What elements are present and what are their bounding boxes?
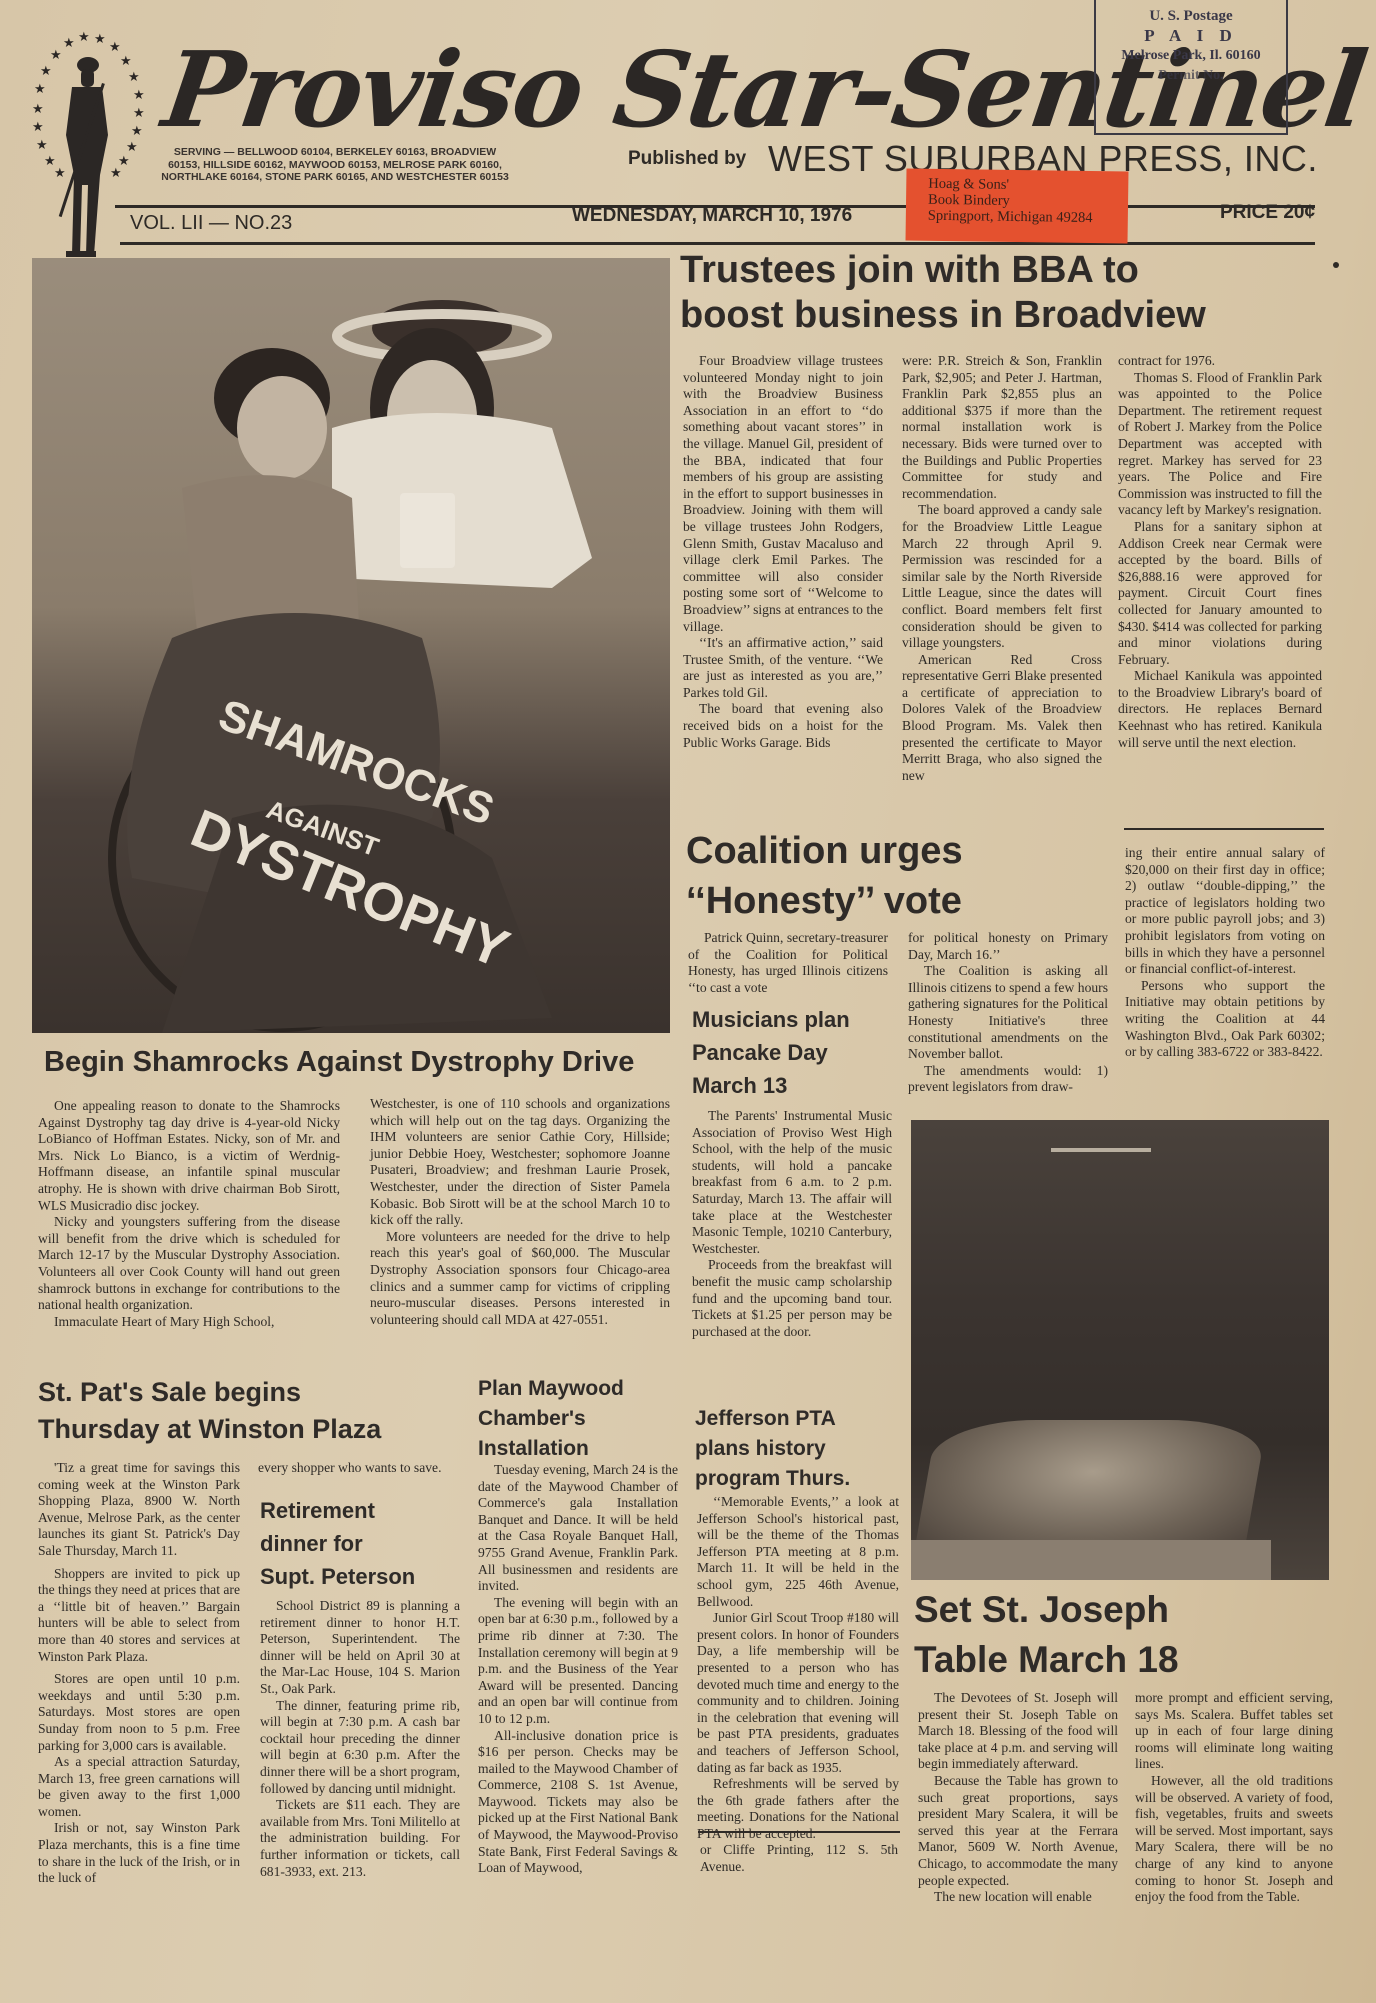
svg-text:★: ★ xyxy=(133,106,145,121)
trustees-col2: were: P.R. Streich & Son, Franklin Park,… xyxy=(902,353,1102,784)
coalition-col3: ing their entire annual salary of $20,00… xyxy=(1125,845,1325,1061)
st-pats-headline: St. Pat's Sale begins Thursday at Winsto… xyxy=(38,1374,381,1448)
paragraph: The dinner, featuring prime rib, will be… xyxy=(260,1698,460,1798)
issue-price: PRICE 20¢ xyxy=(1220,202,1315,224)
paragraph: The new location will enable xyxy=(918,1889,1118,1906)
issue-date: WEDNESDAY, MARCH 10, 1976 xyxy=(572,205,852,227)
paragraph: more prompt and efficient serving, says … xyxy=(1135,1690,1333,1773)
svg-text:★: ★ xyxy=(133,88,145,103)
postage-line: P A I D xyxy=(1096,26,1286,46)
st-pats-col2: every shopper who wants to save. xyxy=(258,1460,458,1477)
trustees-col3: contract for 1976. Thomas S. Flood of Fr… xyxy=(1118,353,1322,751)
svg-text:★: ★ xyxy=(54,166,66,181)
published-by-label: Published by xyxy=(628,148,746,170)
paragraph: Junior Girl Scout Troop #180 will presen… xyxy=(697,1610,899,1776)
postage-line: Melrose Park, Il. 60160 xyxy=(1096,46,1286,66)
paragraph: Shoppers are invited to pick up the thin… xyxy=(38,1566,240,1666)
food-table xyxy=(915,1420,1268,1550)
shamrocks-photo: SHAMROCKS AGAINST DYSTROPHY xyxy=(32,258,670,1033)
paragraph: Michael Kanikula was appointed to the Br… xyxy=(1118,668,1322,751)
paragraph: Because the Table has grown to such grea… xyxy=(918,1773,1118,1889)
coalition-headline: Coalition urges ‘‘Honesty’’ vote xyxy=(686,826,963,926)
paragraph: Tuesday evening, March 24 is the date of… xyxy=(478,1462,678,1595)
svg-text:★: ★ xyxy=(94,32,106,47)
shamrocks-col2: Westchester, is one of 110 schools and o… xyxy=(370,1096,670,1328)
headline-line: Chamber's xyxy=(478,1404,624,1434)
svg-text:★: ★ xyxy=(128,70,140,85)
serving-towns: SERVING — BELLWOOD 60104, BERKELEY 60163… xyxy=(160,146,510,184)
ceiling-light xyxy=(1051,1148,1151,1152)
musicians-headline: Musicians plan Pancake Day March 13 xyxy=(692,1003,850,1102)
headline-line: Musicians plan xyxy=(692,1003,850,1036)
svg-text:★: ★ xyxy=(63,36,75,51)
paragraph: contract for 1976. xyxy=(1118,353,1322,370)
headline-line: Supt. Peterson xyxy=(260,1560,415,1593)
paragraph: ing their entire annual salary of $20,00… xyxy=(1125,845,1325,978)
paragraph: However, all the old traditions will be … xyxy=(1135,1773,1333,1906)
headline-line: Coalition urges xyxy=(686,826,963,876)
paragraph: Four Broadview village trustees voluntee… xyxy=(683,353,883,635)
headline-line: Retirement xyxy=(260,1494,415,1527)
paragraph: Nicky and youngsters suffering from the … xyxy=(38,1214,340,1314)
section-divider xyxy=(698,1831,900,1833)
headline-line: Jefferson PTA xyxy=(695,1404,850,1434)
postage-line: U. S. Postage xyxy=(1096,6,1286,26)
svg-text:★: ★ xyxy=(120,54,132,69)
st-joseph-headline: Set St. Joseph Table March 18 xyxy=(914,1585,1179,1685)
paragraph: The amendments would: 1) prevent legisla… xyxy=(908,1063,1108,1096)
paragraph: More volunteers are needed for the drive… xyxy=(370,1229,670,1329)
svg-text:★: ★ xyxy=(40,64,52,79)
headline-line: Thursday at Winston Plaza xyxy=(38,1411,381,1448)
headline-line: program Thurs. xyxy=(695,1464,850,1494)
st-joseph-col2: more prompt and efficient serving, says … xyxy=(1135,1690,1333,1906)
paragraph: 'Tiz a great time for savings this comin… xyxy=(38,1460,240,1560)
shamrocks-col1: One appealing reason to donate to the Sh… xyxy=(38,1098,340,1330)
headline-line: Set St. Joseph xyxy=(914,1585,1179,1635)
svg-text:★: ★ xyxy=(109,40,121,55)
svg-text:★: ★ xyxy=(36,138,48,153)
maywood-headline: Plan Maywood Chamber's Installation xyxy=(478,1374,624,1464)
st-joseph-table-photo xyxy=(911,1120,1329,1580)
paragraph: Proceeds from the breakfast will benefit… xyxy=(692,1257,892,1340)
paragraph: Thomas S. Flood of Franklin Park was app… xyxy=(1118,370,1322,519)
maywood-continuation: or Cliffe Printing, 112 S. 5th Avenue. xyxy=(700,1842,898,1875)
headline-line: plans history xyxy=(695,1434,850,1464)
coalition-col1: Patrick Quinn, secretary-treasurer of th… xyxy=(688,930,888,996)
paragraph: American Red Cross representative Gerri … xyxy=(902,652,1102,785)
postage-line: Permit No. xyxy=(1096,66,1286,86)
paragraph: Westchester, is one of 110 schools and o… xyxy=(370,1096,670,1229)
paragraph: Immaculate Heart of Mary High School, xyxy=(38,1314,340,1331)
maywood-body: Tuesday evening, March 24 is the date of… xyxy=(478,1462,678,1877)
svg-text:★: ★ xyxy=(32,120,44,135)
tablecloth xyxy=(911,1540,1271,1580)
paragraph: The Parents' Instrumental Music Associat… xyxy=(692,1108,892,1257)
headline-line: Trustees join with BBA to xyxy=(680,248,1340,293)
section-divider xyxy=(1124,828,1324,830)
minuteman-with-stars-icon: ★★★★ ★★★★ ★★★★ ★★★★ ★★★★ xyxy=(30,25,145,265)
svg-text:★: ★ xyxy=(50,48,62,63)
volume-number: VOL. LII — NO.23 xyxy=(130,212,292,235)
postage-permit-stamp: U. S. Postage P A I D Melrose Park, Il. … xyxy=(1094,0,1288,135)
paragraph: ‘‘It's an affirmative action,’’ said Tru… xyxy=(683,635,883,701)
svg-text:★: ★ xyxy=(78,30,90,45)
paragraph: School District 89 is planning a retirem… xyxy=(260,1598,460,1698)
paragraph: Irish or not, say Winston Park Plaza mer… xyxy=(38,1820,240,1886)
paragraph: The Coalition is asking all Illinois cit… xyxy=(908,963,1108,1063)
trustees-headline: Trustees join with BBA to boost business… xyxy=(680,248,1340,338)
svg-text:★: ★ xyxy=(131,124,143,139)
paragraph: every shopper who wants to save. xyxy=(258,1460,458,1477)
st-pats-col1: 'Tiz a great time for savings this comin… xyxy=(38,1460,240,1887)
paragraph: Persons who support the Initiative may o… xyxy=(1125,978,1325,1061)
bindery-label: Hoag & Sons' Book Bindery Springport, Mi… xyxy=(906,168,1129,243)
masthead-rule-bottom xyxy=(120,242,1315,245)
headline-line: Plan Maywood xyxy=(478,1374,624,1404)
headline-line: Table March 18 xyxy=(914,1635,1179,1685)
paragraph: were: P.R. Streich & Son, Franklin Park,… xyxy=(902,353,1102,502)
paragraph: The board that evening also received bid… xyxy=(683,701,883,751)
headline-line: St. Pat's Sale begins xyxy=(38,1374,381,1411)
paragraph: Patrick Quinn, secretary-treasurer of th… xyxy=(688,930,888,996)
svg-text:★: ★ xyxy=(126,140,138,155)
trustees-col1: Four Broadview village trustees voluntee… xyxy=(683,353,883,751)
paragraph: The board approved a candy sale for the … xyxy=(902,502,1102,651)
paragraph: ‘‘Memorable Events,’’ a look at Jefferso… xyxy=(697,1494,899,1610)
svg-text:★: ★ xyxy=(34,82,46,97)
paragraph: All-inclusive donation price is $16 per … xyxy=(478,1728,678,1877)
paragraph: The evening will begin with an open bar … xyxy=(478,1595,678,1728)
paragraph: Plans for a sanitary siphon at Addison C… xyxy=(1118,519,1322,668)
headline-line: March 13 xyxy=(692,1069,850,1102)
headline-line: Installation xyxy=(478,1434,624,1464)
headline-line: Pancake Day xyxy=(692,1036,850,1069)
coalition-col2: for political honesty on Primary Day, Ma… xyxy=(908,930,1108,1096)
headline-line: ‘‘Honesty’’ vote xyxy=(686,876,963,926)
headline-line: dinner for xyxy=(260,1527,415,1560)
retirement-body: School District 89 is planning a retirem… xyxy=(260,1598,460,1880)
paragraph: The Devotees of St. Joseph will present … xyxy=(918,1690,1118,1773)
musicians-body: The Parents' Instrumental Music Associat… xyxy=(692,1108,892,1340)
svg-text:★: ★ xyxy=(32,102,44,117)
paragraph: for political honesty on Primary Day, Ma… xyxy=(908,930,1108,963)
shamrocks-headline: Begin Shamrocks Against Dystrophy Drive xyxy=(44,1045,634,1079)
jefferson-headline: Jefferson PTA plans history program Thur… xyxy=(695,1404,850,1494)
paragraph: One appealing reason to donate to the Sh… xyxy=(38,1098,340,1214)
paragraph: Tickets are $11 each. They are available… xyxy=(260,1797,460,1880)
retirement-headline: Retirement dinner for Supt. Peterson xyxy=(260,1494,415,1593)
paragraph: As a special attraction Saturday, March … xyxy=(38,1754,240,1820)
bindery-line: Springport, Michigan 49284 xyxy=(928,208,1128,227)
svg-text:★: ★ xyxy=(110,166,122,181)
headline-line: boost business in Broadview xyxy=(680,293,1340,338)
paragraph: Stores are open until 10 p.m. weekdays a… xyxy=(38,1671,240,1754)
jefferson-body: ‘‘Memorable Events,’’ a look at Jefferso… xyxy=(697,1494,899,1842)
st-joseph-col1: The Devotees of St. Joseph will present … xyxy=(918,1690,1118,1906)
